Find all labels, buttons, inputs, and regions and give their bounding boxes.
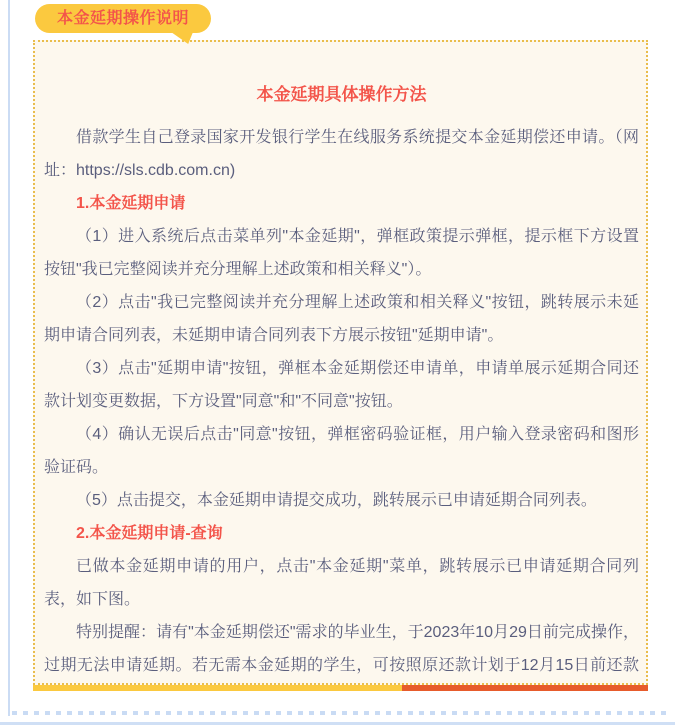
badge-label: 本金延期操作说明	[57, 4, 189, 33]
body-paragraph: （5）点击提交，本金延期申请提交成功，跳转展示已申请延期合同列表。	[44, 484, 639, 517]
body-paragraph: （1）进入系统后点击菜单列"本金延期"，弹框政策提示弹框，提示框下方设置按钮"我…	[44, 220, 639, 286]
body-paragraph: 已做本金延期申请的用户，点击"本金延期"菜单，跳转展示已申请延期合同列表，如下图…	[44, 550, 639, 616]
page: 本金延期操作说明 本金延期具体操作方法 借款学生自己登录国家开发银行学生在线服务…	[0, 0, 675, 726]
body-paragraph: 特别提醒：请有"本金延期偿还"需求的毕业生，于2023年10月29日前完成操作，…	[44, 616, 639, 685]
page-left-border-line	[8, 0, 10, 716]
bottom-bar-yellow-segment	[33, 685, 402, 691]
decorative-bottom-bar	[33, 685, 648, 691]
bottom-dashed-divider	[12, 711, 668, 715]
body-paragraph: 借款学生自己登录国家开发银行学生在线服务系统提交本金延期偿还申请。（网址：htt…	[44, 121, 639, 187]
instruction-panel: 本金延期具体操作方法 借款学生自己登录国家开发银行学生在线服务系统提交本金延期偿…	[33, 40, 648, 685]
body-paragraph: （3）点击"延期申请"按钮，弹框本金延期偿还申请单，申请单展示延期合同还款计划变…	[44, 352, 639, 418]
article-body: 借款学生自己登录国家开发银行学生在线服务系统提交本金延期偿还申请。（网址：htt…	[44, 121, 639, 685]
title-badge: 本金延期操作说明	[35, 4, 211, 33]
section-heading: 2.本金延期申请-查询	[44, 517, 639, 550]
page-bottom-border-line	[0, 722, 675, 725]
article-title: 本金延期具体操作方法	[44, 82, 639, 108]
bottom-bar-orange-segment	[402, 685, 648, 691]
body-paragraph: （4）确认无误后点击"同意"按钮，弹框密码验证框，用户输入登录密码和图形验证码。	[44, 418, 639, 484]
section-heading: 1.本金延期申请	[44, 187, 639, 220]
body-paragraph: （2）点击"我已完整阅读并充分理解上述政策和相关释义"按钮，跳转展示未延期申请合…	[44, 286, 639, 352]
